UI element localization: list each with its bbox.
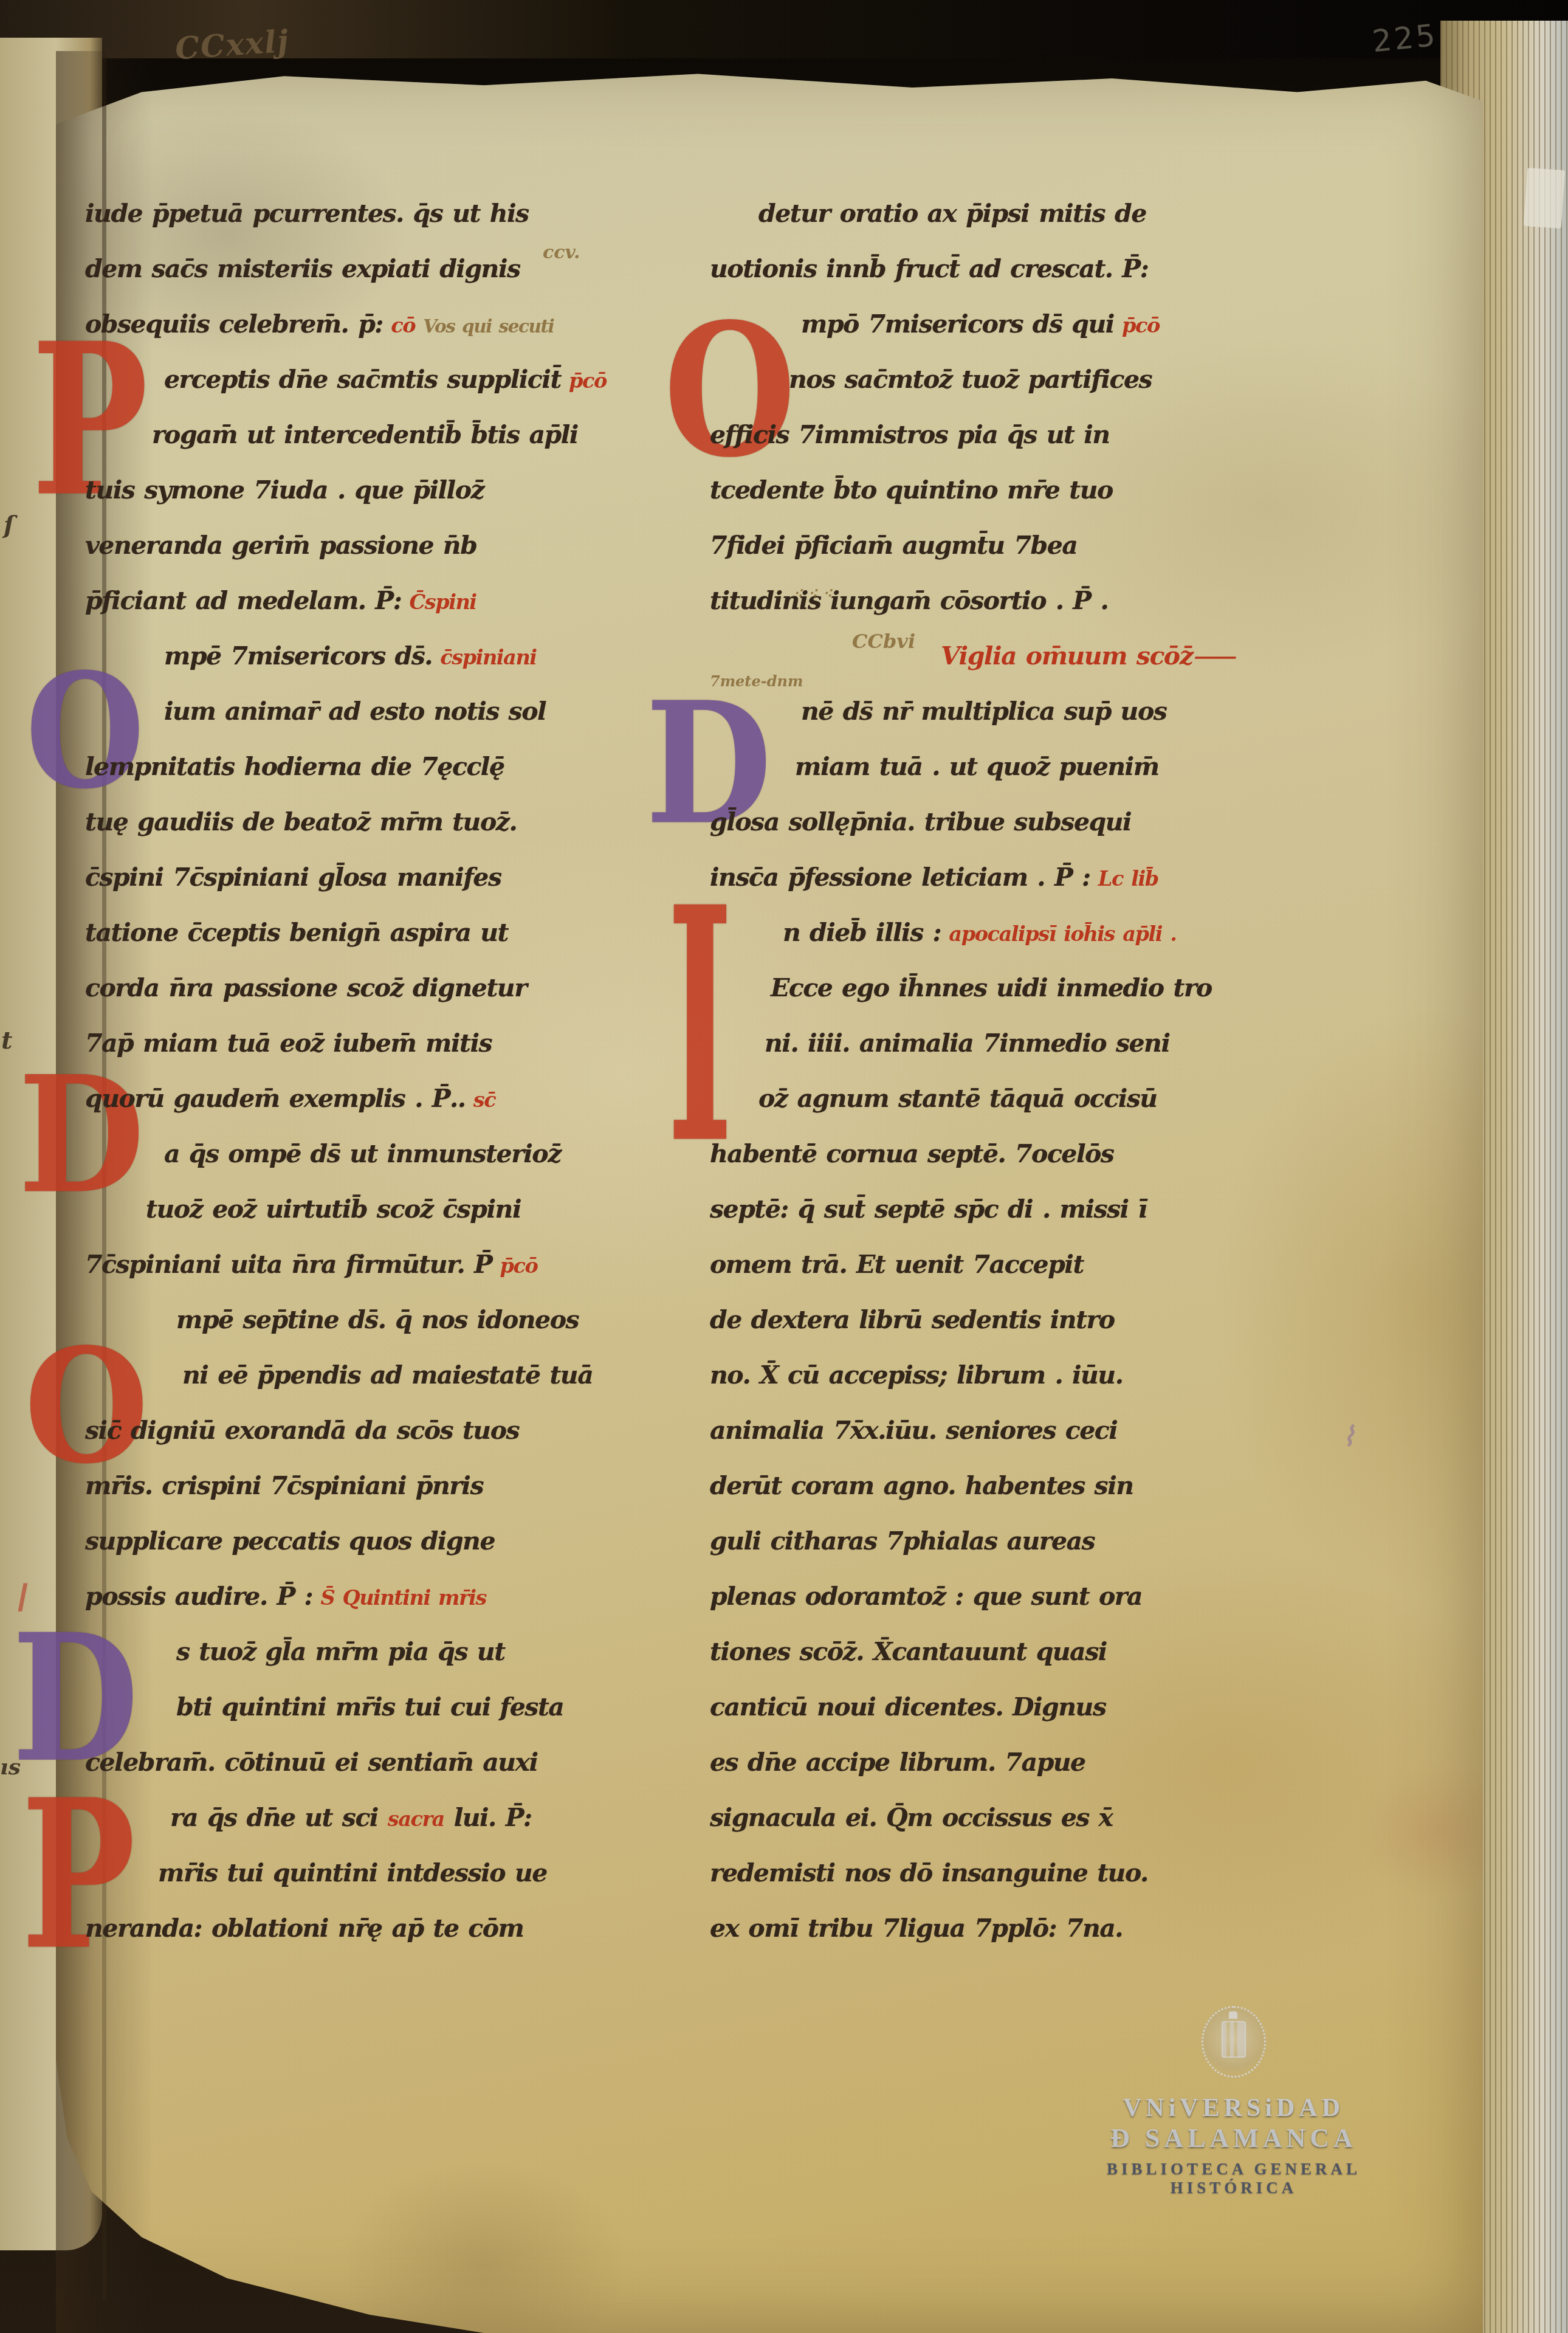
manuscript-line: gl̄osa sollęp̄nia. tribue subsequi [710,794,1234,850]
ink-text: animalia 7x̄x.iūu. seniores ceci [710,1416,1117,1445]
paper-slip [1524,168,1566,229]
ink-text: neranda: oblationi nr̄ę ap̄ te cōm [85,1914,523,1943]
ink-text: gl̄osa sollęp̄nia. tribue subsequi [710,807,1131,836]
manuscript-line: Ecce ego ih̄nnes uidi inmedio tro [710,960,1234,1016]
margin-note: ıs [0,1754,21,1780]
ink-text: no. X̄ cū accepiss; librum . iūu. [710,1360,1123,1390]
rubric-text: Lc lib̄ [1090,866,1158,891]
ink-text: oz̄ agnum stantē tāquā occisū [758,1084,1157,1113]
ink-text: a q̄s ompē ds̄ ut inmunsterioz̄ [164,1139,561,1168]
manuscript-line: miam tuā . ut quoz̄ puenim̄ [710,739,1234,794]
pencil-folio-number: 225 [1370,18,1439,60]
manuscript-line: efficis 7immistros pia q̄s ut in [710,407,1234,463]
ink-text: dem sac̄s misteriis expiati dignis [85,254,520,283]
manuscript-line: tatione c̄ceptis benign̄ aspira ut [85,905,607,960]
margin-note: ccv. [543,242,580,263]
ink-text: mr̄is tui quintini intdessio ue [158,1858,547,1887]
manuscript-photo: { "page": { "folio_header": "CCxxlj", "p… [0,0,1568,2333]
manuscript-line: dem sac̄s misteriis expiati dignis [85,241,607,297]
rubric-text: apocalipsī ioh̄is ap̄li . [941,922,1176,946]
manuscript-line: ni. iiii. animalia 7inmedio seni [710,1016,1234,1071]
manuscript-line: obsequiis celebrem̄. p̄: cō Vos qui secu… [85,297,607,352]
manuscript-line: animalia 7x̄x.iūu. seniores ceci [710,1403,1234,1458]
ink-text: ni eē p̄pendis ad maiestatē tuā [182,1360,593,1390]
manuscript-line: mpē 7misericors ds̄. c̄spiniani [85,629,607,684]
ink-text: mr̄is. crispini 7c̄spiniani p̄nris [85,1471,483,1500]
manuscript-line: quorū gaudem̄ exemplis . P̄.. sc̄ [85,1071,607,1126]
ink-text: nos sac̄mtoz̄ tuoz̄ partifices [789,365,1152,394]
ink-text: lui. P̄: [444,1803,532,1832]
manuscript-line: possis audire. P̄ : S̄ Quintini mr̄is [85,1569,607,1624]
ink-text: ium animar̄ ad esto notis sol [164,697,546,726]
manuscript-line: a q̄s ompē ds̄ ut inmunsterioz̄ [85,1126,607,1182]
ink-text: 7c̄spiniani uita n̄ra firmūtur. P̄ [85,1250,492,1279]
ink-text: de dextera librū sedentis intro [710,1305,1115,1334]
ink-text: 7ap̄ miam tuā eoz̄ iubem̄ mitis [85,1029,492,1058]
ink-text: detur oratio ax p̄ipsi mitis de [758,199,1146,228]
ink-text: veneranda gerim̄ passione n̄b [85,531,476,560]
rubric-text: sacra [388,1807,444,1831]
ink-text: redemisti nos dō insanguine tuo. [710,1858,1148,1887]
ink-text: mpō 7misericors ds̄ qui [801,309,1114,339]
manuscript-line: ex omī tribu 7ligua 7pplō: 7na. [710,1901,1234,1956]
ink-text: mpē sep̄tine ds̄. q̄ nos idoneos [176,1305,579,1334]
ink-text: mpē 7misericors ds̄. [164,641,432,670]
ink-text: iude p̄petuā pcurrentes. q̄s ut his [85,199,529,228]
ink-text: quorū gaudem̄ exemplis . P̄.. [85,1084,466,1113]
manuscript-line: omem trā. Et uenit 7accepit [710,1237,1234,1292]
ink-text: s tuoz̄ gl̄a mr̄m pia q̄s ut [176,1637,505,1666]
ink-text: p̄ficiant ad medelam. P̄: [85,586,401,615]
manuscript-line: ni eē p̄pendis ad maiestatē tuā [85,1348,607,1403]
rubric-text: sc̄ [466,1087,496,1112]
ink-text: tcedente b̄to quintino mr̄e tuo [710,475,1113,505]
ink-text: possis audire. P̄ : [85,1582,312,1611]
ink-text: signacula ei. Q̄m occissus es x̄ [710,1803,1113,1832]
ink-text: titudinis iungam̄ cōsortio . P̄ . [710,586,1108,615]
ink-text: bti quintini mr̄is tui cui festa [176,1692,563,1721]
ink-text: tuę gaudiis de beatoz̄ mr̄m tuoz̄. [85,807,517,836]
manuscript-line: nē ds̄ nr̄ multiplica sup̄ uos [710,684,1234,739]
ink-text: tuis symone 7iuda . que p̄illoz̄ [85,475,484,505]
text-column-right: detur oratio ax p̄ipsi mitis deuotionis … [710,186,1234,1956]
ink-text: 7fidei p̄ficiam̄ augmt̄u 7bea [710,531,1077,560]
manuscript-line: 7fidei p̄ficiam̄ augmt̄u 7bea [710,518,1234,573]
manuscript-line: signacula ei. Q̄m occissus es x̄ [710,1790,1234,1845]
manuscript-line: uotionis innb̄ fruct̄ ad crescat. P̄: [710,241,1234,297]
manuscript-line: erceptis dn̄e sac̄mtis supplicit̄ p̄cō [85,352,607,407]
manuscript-line: s tuoz̄ gl̄a mr̄m pia q̄s ut [85,1624,607,1680]
manuscript-line: mr̄is tui quintini intdessio ue [85,1845,607,1901]
ink-text: derūt coram agno. habentes sin [710,1471,1133,1500]
manuscript-line: bti quintini mr̄is tui cui festa [85,1680,607,1735]
ink-text: es dn̄e accipe librum. 7apue [710,1748,1085,1777]
ink-text: ni. iiii. animalia 7inmedio seni [765,1029,1169,1058]
rubric-text: p̄cō [561,368,607,393]
ink-text: lempnitatis hodierna die 7ęcclę̄ [85,752,504,781]
ink-text: nē ds̄ nr̄ multiplica sup̄ uos [801,697,1166,726]
manuscript-line: 7c̄spiniani uita n̄ra firmūtur. P̄ p̄cō [85,1237,607,1292]
ink-text: uotionis innb̄ fruct̄ ad crescat. P̄: [710,254,1148,283]
ink-text: n dieb̄ illis : [783,918,941,947]
ink-text: canticū noui dicentes. Dignus [710,1692,1106,1721]
manuscript-line: tuis symone 7iuda . que p̄illoz̄ [85,463,607,518]
ink-text: ra q̄s dn̄e ut sci [170,1803,388,1832]
ink-text: septē: q̄ sut̄ septē sp̄c di . missi ī [710,1194,1147,1224]
manuscript-line: septē: q̄ sut̄ septē sp̄c di . missi ī [710,1182,1234,1237]
ink-text: habentē cornua septē. 7ocelōs [710,1139,1113,1168]
rubric-text: Vos qui secuti [423,315,554,337]
margin-note: ſ [4,511,14,539]
manuscript-line: veneranda gerim̄ passione n̄b [85,518,607,573]
manuscript-line: oz̄ agnum stantē tāquā occisū [710,1071,1234,1126]
ink-text: tatione c̄ceptis benign̄ aspira ut [85,918,508,947]
ink-text: erceptis dn̄e sac̄mtis supplicit̄ [164,365,561,394]
manuscript-line: canticū noui dicentes. Dignus [710,1680,1234,1735]
manuscript-line: habentē cornua septē. 7ocelōs [710,1126,1234,1182]
margin-note: t [1,1026,12,1055]
ink-text: corda n̄ra passione scoz̄ dignetur [85,973,526,1002]
manuscript-line: plenas odoramtoz̄ : que sunt ora [710,1569,1234,1624]
rubric-text: S̄ Quintini mr̄is [312,1585,486,1610]
margin-note: CCbvi [852,630,915,653]
manuscript-line: neranda: oblationi nr̄ę ap̄ te cōm [85,1901,607,1956]
manuscript-line: n dieb̄ illis : apocalipsī ioh̄is ap̄li … [710,905,1234,960]
ink-text: miam tuā . ut quoz̄ puenim̄ [795,752,1159,781]
ink-text: Ecce ego ih̄nnes uidi inmedio tro [771,973,1212,1002]
margin-note: 7mete-dnm [710,672,803,690]
margin-note: ⌇ [1342,1421,1355,1452]
rubric-text: C̄spini [401,590,476,614]
manuscript-line: no. X̄ cū accepiss; librum . iūu. [710,1348,1234,1403]
ink-text: tiones scōz̄. X̄cantauunt quasi [710,1637,1107,1666]
rubric-text: cō [383,313,423,337]
ink-text: ex omī tribu 7ligua 7pplō: 7na. [710,1914,1123,1943]
ink-text: tuoz̄ eoz̄ uirtutib̄ scoz̄ c̄spini [146,1194,521,1224]
manuscript-line: de dextera librū sedentis intro [710,1292,1234,1348]
manuscript-line: tuę gaudiis de beatoz̄ mr̄m tuoz̄. [85,794,607,850]
manuscript-line: insc̄a p̄fessione leticiam . P̄ : Lc lib… [710,850,1234,905]
manuscript-line: detur oratio ax p̄ipsi mitis de [710,186,1234,241]
ink-text: guli citharas 7phialas aureas [710,1526,1095,1556]
ink-text: efficis 7immistros pia q̄s ut in [710,420,1110,449]
manuscript-line: rogam̄ ut intercedentib̄ b̄tis ap̄li [85,407,607,463]
ink-text: celebram̄. cōtinuū ei sentiam̄ auxi [85,1748,538,1777]
manuscript-line: es dn̄e accipe librum. 7apue [710,1735,1234,1790]
manuscript-line: p̄ficiant ad medelam. P̄: C̄spini [85,573,607,629]
ink-text: omem trā. Et uenit 7accepit [710,1250,1084,1279]
text-column-left: iude p̄petuā pcurrentes. q̄s ut hisdem s… [85,186,607,1956]
manuscript-line: titudinis iungam̄ cōsortio . P̄ . [710,573,1234,629]
ink-text: obsequiis celebrem̄. p̄: [85,309,383,339]
manuscript-line: redemisti nos dō insanguine tuo. [710,1845,1234,1901]
manuscript-line: tiones scōz̄. X̄cantauunt quasi [710,1624,1234,1680]
manuscript-line: iude p̄petuā pcurrentes. q̄s ut his [85,186,607,241]
manuscript-line: nos sac̄mtoz̄ tuoz̄ partifices [710,352,1234,407]
rubric-text: p̄cō [492,1253,537,1278]
ink-text: c̄spini 7c̄spiniani gl̄osa manifes [85,863,501,892]
ink-text: plenas odoramtoz̄ : que sunt ora [710,1582,1142,1611]
manuscript-line: mpē sep̄tine ds̄. q̄ nos idoneos [85,1292,607,1348]
manuscript-line: supplicare peccatis quos digne [85,1514,607,1569]
manuscript-line: tuoz̄ eoz̄ uirtutib̄ scoz̄ c̄spini [85,1182,607,1237]
manuscript-line: 7ap̄ miam tuā eoz̄ iubem̄ mitis [85,1016,607,1071]
ink-text: sic̄ digniū exorandā da scōs tuos [85,1416,519,1445]
manuscript-line: mpō 7misericors ds̄ qui p̄cō [710,297,1234,352]
ink-text: insc̄a p̄fessione leticiam . P̄ : [710,863,1090,892]
margin-note: ǀ [17,1576,29,1621]
rubric-text: p̄cō [1114,313,1160,337]
manuscript-line: tcedente b̄to quintino mr̄e tuo [710,463,1234,518]
manuscript-line: celebram̄. cōtinuū ei sentiam̄ auxi [85,1735,607,1790]
manuscript-line: corda n̄ra passione scoz̄ dignetur [85,960,607,1016]
manuscript-line: c̄spini 7c̄spiniani gl̄osa manifes [85,850,607,905]
manuscript-line: lempnitatis hodierna die 7ęcclę̄ [85,739,607,794]
folio-header: CCxxlj [174,23,291,67]
manuscript-line: ium animar̄ ad esto notis sol [85,684,607,739]
rubric-text: c̄spiniani [432,645,537,669]
manuscript-line: ra q̄s dn̄e ut sci sacra lui. P̄: [85,1790,607,1845]
manuscript-line: guli citharas 7phialas aureas [710,1514,1234,1569]
manuscript-line: derūt coram agno. habentes sin [710,1458,1234,1514]
margin-note: ⁖ ⁖ ⁖ [793,585,832,603]
ink-text: supplicare peccatis quos digne [85,1526,495,1556]
rubric-text: Viglia om̄uum scōz̄⸺ [941,641,1234,670]
manuscript-line: sic̄ digniū exorandā da scōs tuos [85,1403,607,1458]
manuscript-line: mr̄is. crispini 7c̄spiniani p̄nris [85,1458,607,1514]
ink-text: rogam̄ ut intercedentib̄ b̄tis ap̄li [152,420,578,449]
